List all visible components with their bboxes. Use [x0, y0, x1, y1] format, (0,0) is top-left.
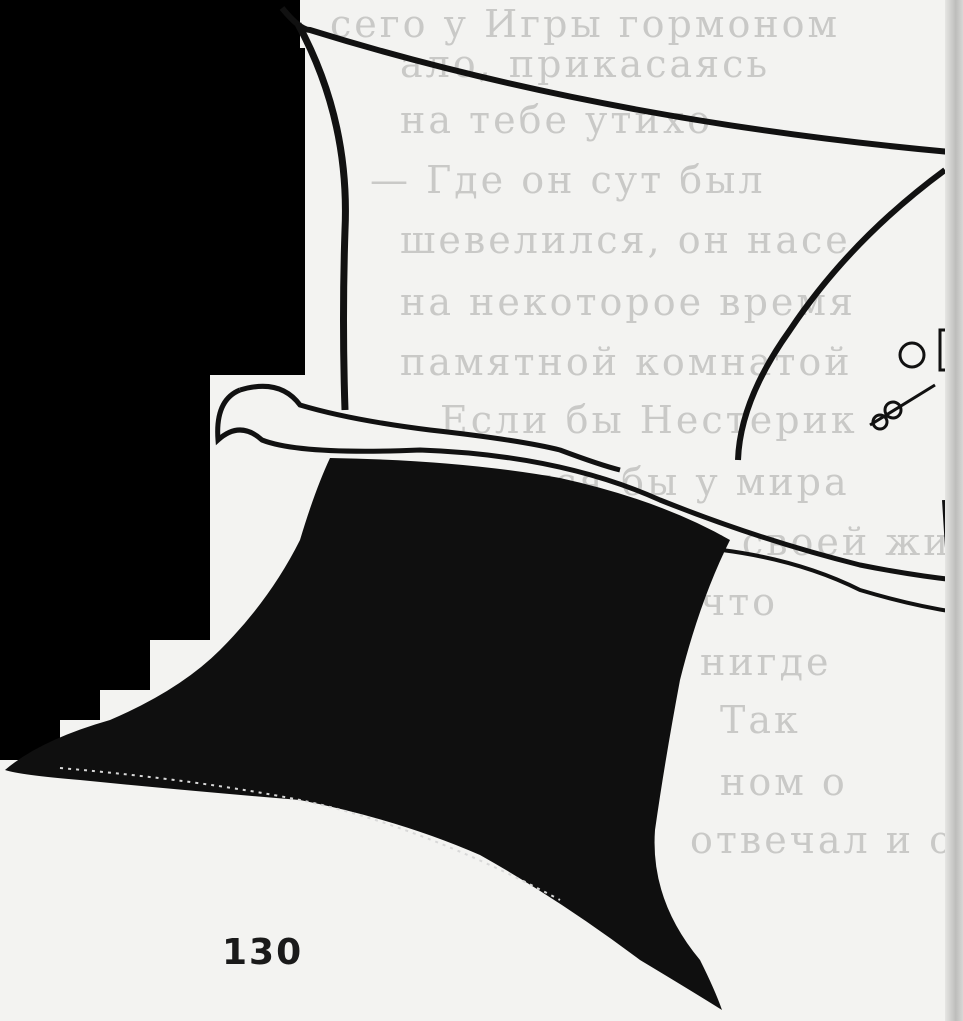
book-spine-shadow	[945, 0, 963, 1021]
page-number: 130	[222, 932, 303, 973]
small-figure	[870, 330, 952, 429]
sheet-outline	[282, 8, 950, 152]
book-page: сего у Игры гормоном ало, прикасаясь на …	[0, 0, 963, 1021]
illustration	[0, 0, 963, 1021]
